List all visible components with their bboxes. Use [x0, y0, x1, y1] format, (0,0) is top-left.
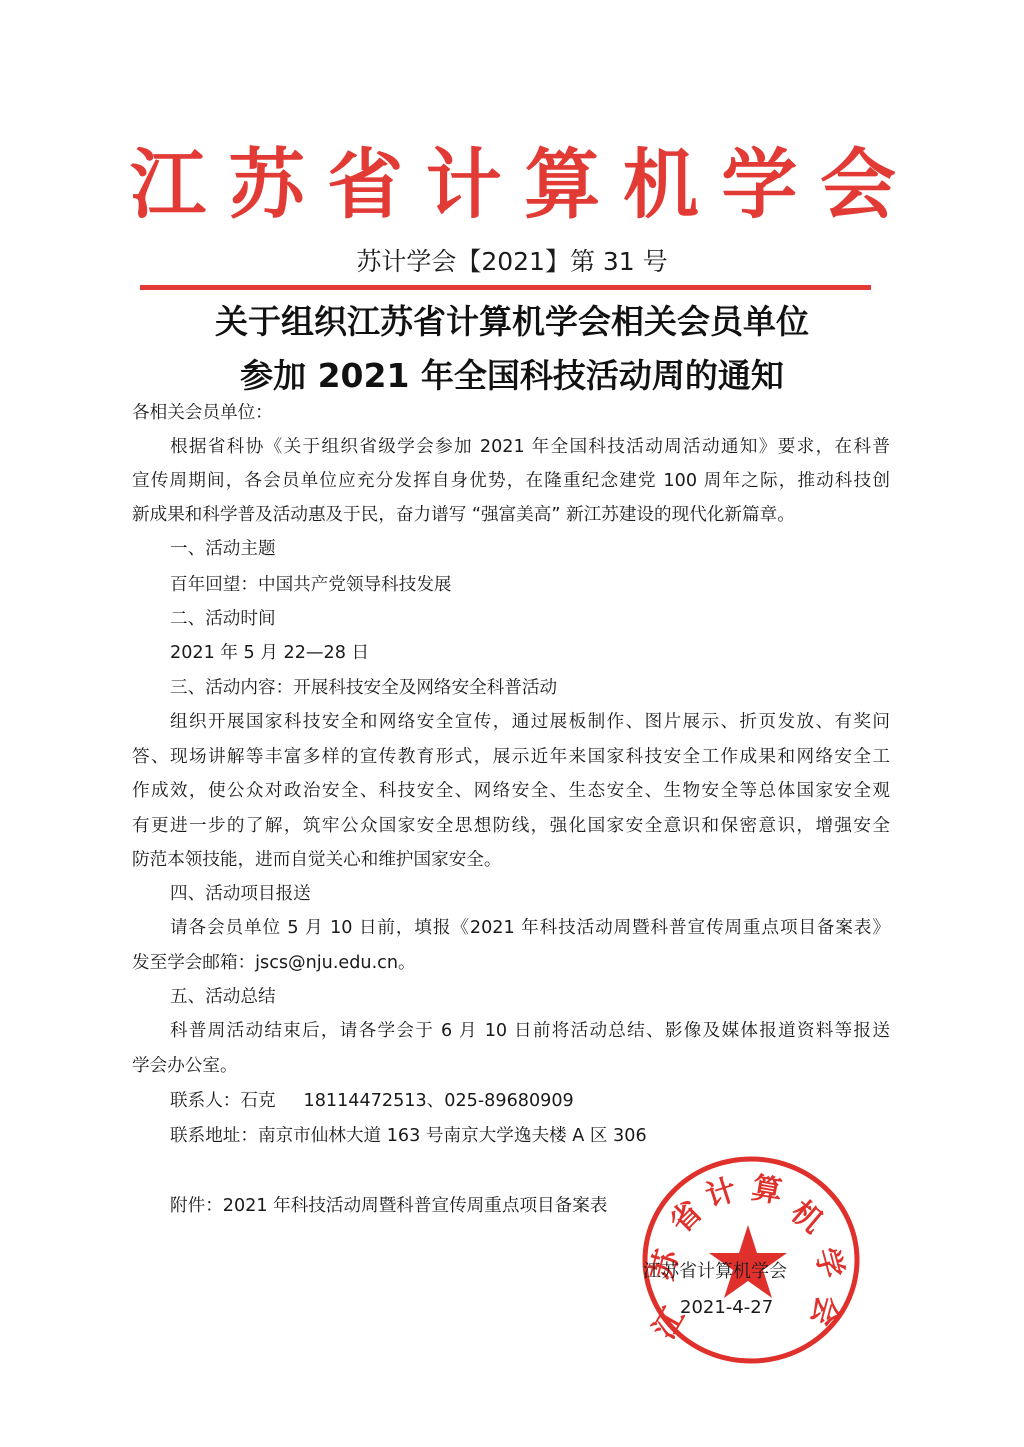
title-line-1: 关于组织江苏省计算机学会相关会员单位 [0, 300, 1024, 344]
seal-char: 省 [663, 1194, 709, 1240]
seal-char: 机 [784, 1194, 829, 1240]
section-text: 科普周活动结束后，请各学会于 6 月 10 日前将活动总结、影像及媒体报道资料等… [170, 1019, 890, 1043]
section-heading: 三、活动内容：开展科技安全及网络安全科普活动 [170, 676, 557, 700]
section-heading: 五、活动总结 [170, 985, 276, 1009]
section-text: 发至学会邮箱：jscs@nju.edu.cn。 [132, 951, 416, 975]
letterhead-char: 计 [424, 140, 504, 230]
section-text: 答、现场讲解等丰富多样的宣传教育形式，展示近年来国家科技安全工作成果和网络安全工 [132, 745, 890, 769]
seal-char: 学 [808, 1244, 850, 1282]
section-text: 防范本领技能，进而自觉关心和维护国家安全。 [132, 848, 501, 872]
section-text: 学会办公室。 [132, 1054, 238, 1078]
letterhead-char: 省 [325, 140, 405, 230]
letterhead-char: 算 [522, 140, 602, 230]
seal-char: 计 [701, 1172, 740, 1215]
letterhead-char: 江 [128, 140, 208, 230]
letterhead-char: 苏 [227, 140, 307, 230]
signature-organization: 江苏省计算机学会 [643, 1260, 787, 1284]
signature-date: 2021-4-27 [680, 1296, 773, 1320]
section-text: 2021 年 5 月 22—28 日 [170, 641, 369, 665]
salutation: 各相关会员单位： [132, 401, 273, 425]
section-text: 请各会员单位 5 月 10 日前，填报《2021 年科技活动周暨科普宣传周重点项… [170, 916, 890, 940]
section-heading: 二、活动时间 [170, 607, 276, 631]
letterhead-title: 江 苏 省 计 算 机 学 会 [128, 140, 898, 230]
section-text: 作成效，使公众对政治安全、科技安全、网络安全、生态安全、生物安全等总体国家安全观 [132, 779, 890, 803]
title-line-2: 参加 2021 年全国科技活动周的通知 [0, 354, 1024, 398]
intro-line: 宣传周期间，各会员单位应充分发挥自身优势，在隆重纪念建党 100 周年之际，推动… [132, 469, 890, 493]
letterhead-char: 会 [818, 140, 898, 230]
intro-line: 新成果和科学普及活动惠及于民，奋力谱写 “强富美高” 新江苏建设的现代化新篇章。 [132, 503, 795, 527]
attachment-note: 附件：2021 年科技活动周暨科普宣传周重点项目备案表 [170, 1194, 607, 1218]
letterhead-char: 学 [719, 140, 799, 230]
document-number: 苏计学会【2021】第 31 号 [0, 244, 1024, 280]
section-text: 百年回望：中国共产党领导科技发展 [170, 573, 452, 597]
seal-char: 算 [749, 1171, 785, 1211]
intro-line: 根据省科协《关于组织省级学会参加 2021 年全国科技活动周活动通知》要求，在科… [170, 435, 890, 459]
section-text: 组织开展国家科技安全和网络安全宣传，通过展板制作、图片展示、折页发放、有奖问 [170, 710, 890, 734]
contact-address: 联系地址：南京市仙林大道 163 号南京大学逸夫楼 A 区 306 [170, 1124, 647, 1148]
section-heading: 四、活动项目报送 [170, 882, 311, 906]
seal-char: 会 [804, 1292, 846, 1330]
document-page: 江 苏 省 计 算 机 学 会 苏计学会【2021】第 31 号 关于组织江苏省… [0, 0, 1024, 1447]
section-heading: 一、活动主题 [170, 537, 276, 561]
letterhead-char: 机 [621, 140, 701, 230]
contact-person: 联系人：石克 18114472513、025-89680909 [170, 1089, 574, 1113]
red-divider [140, 285, 871, 290]
section-text: 有更进一步的了解，筑牢公众国家安全思想防线，强化国家安全意识和保密意识，增强安全 [132, 814, 890, 838]
